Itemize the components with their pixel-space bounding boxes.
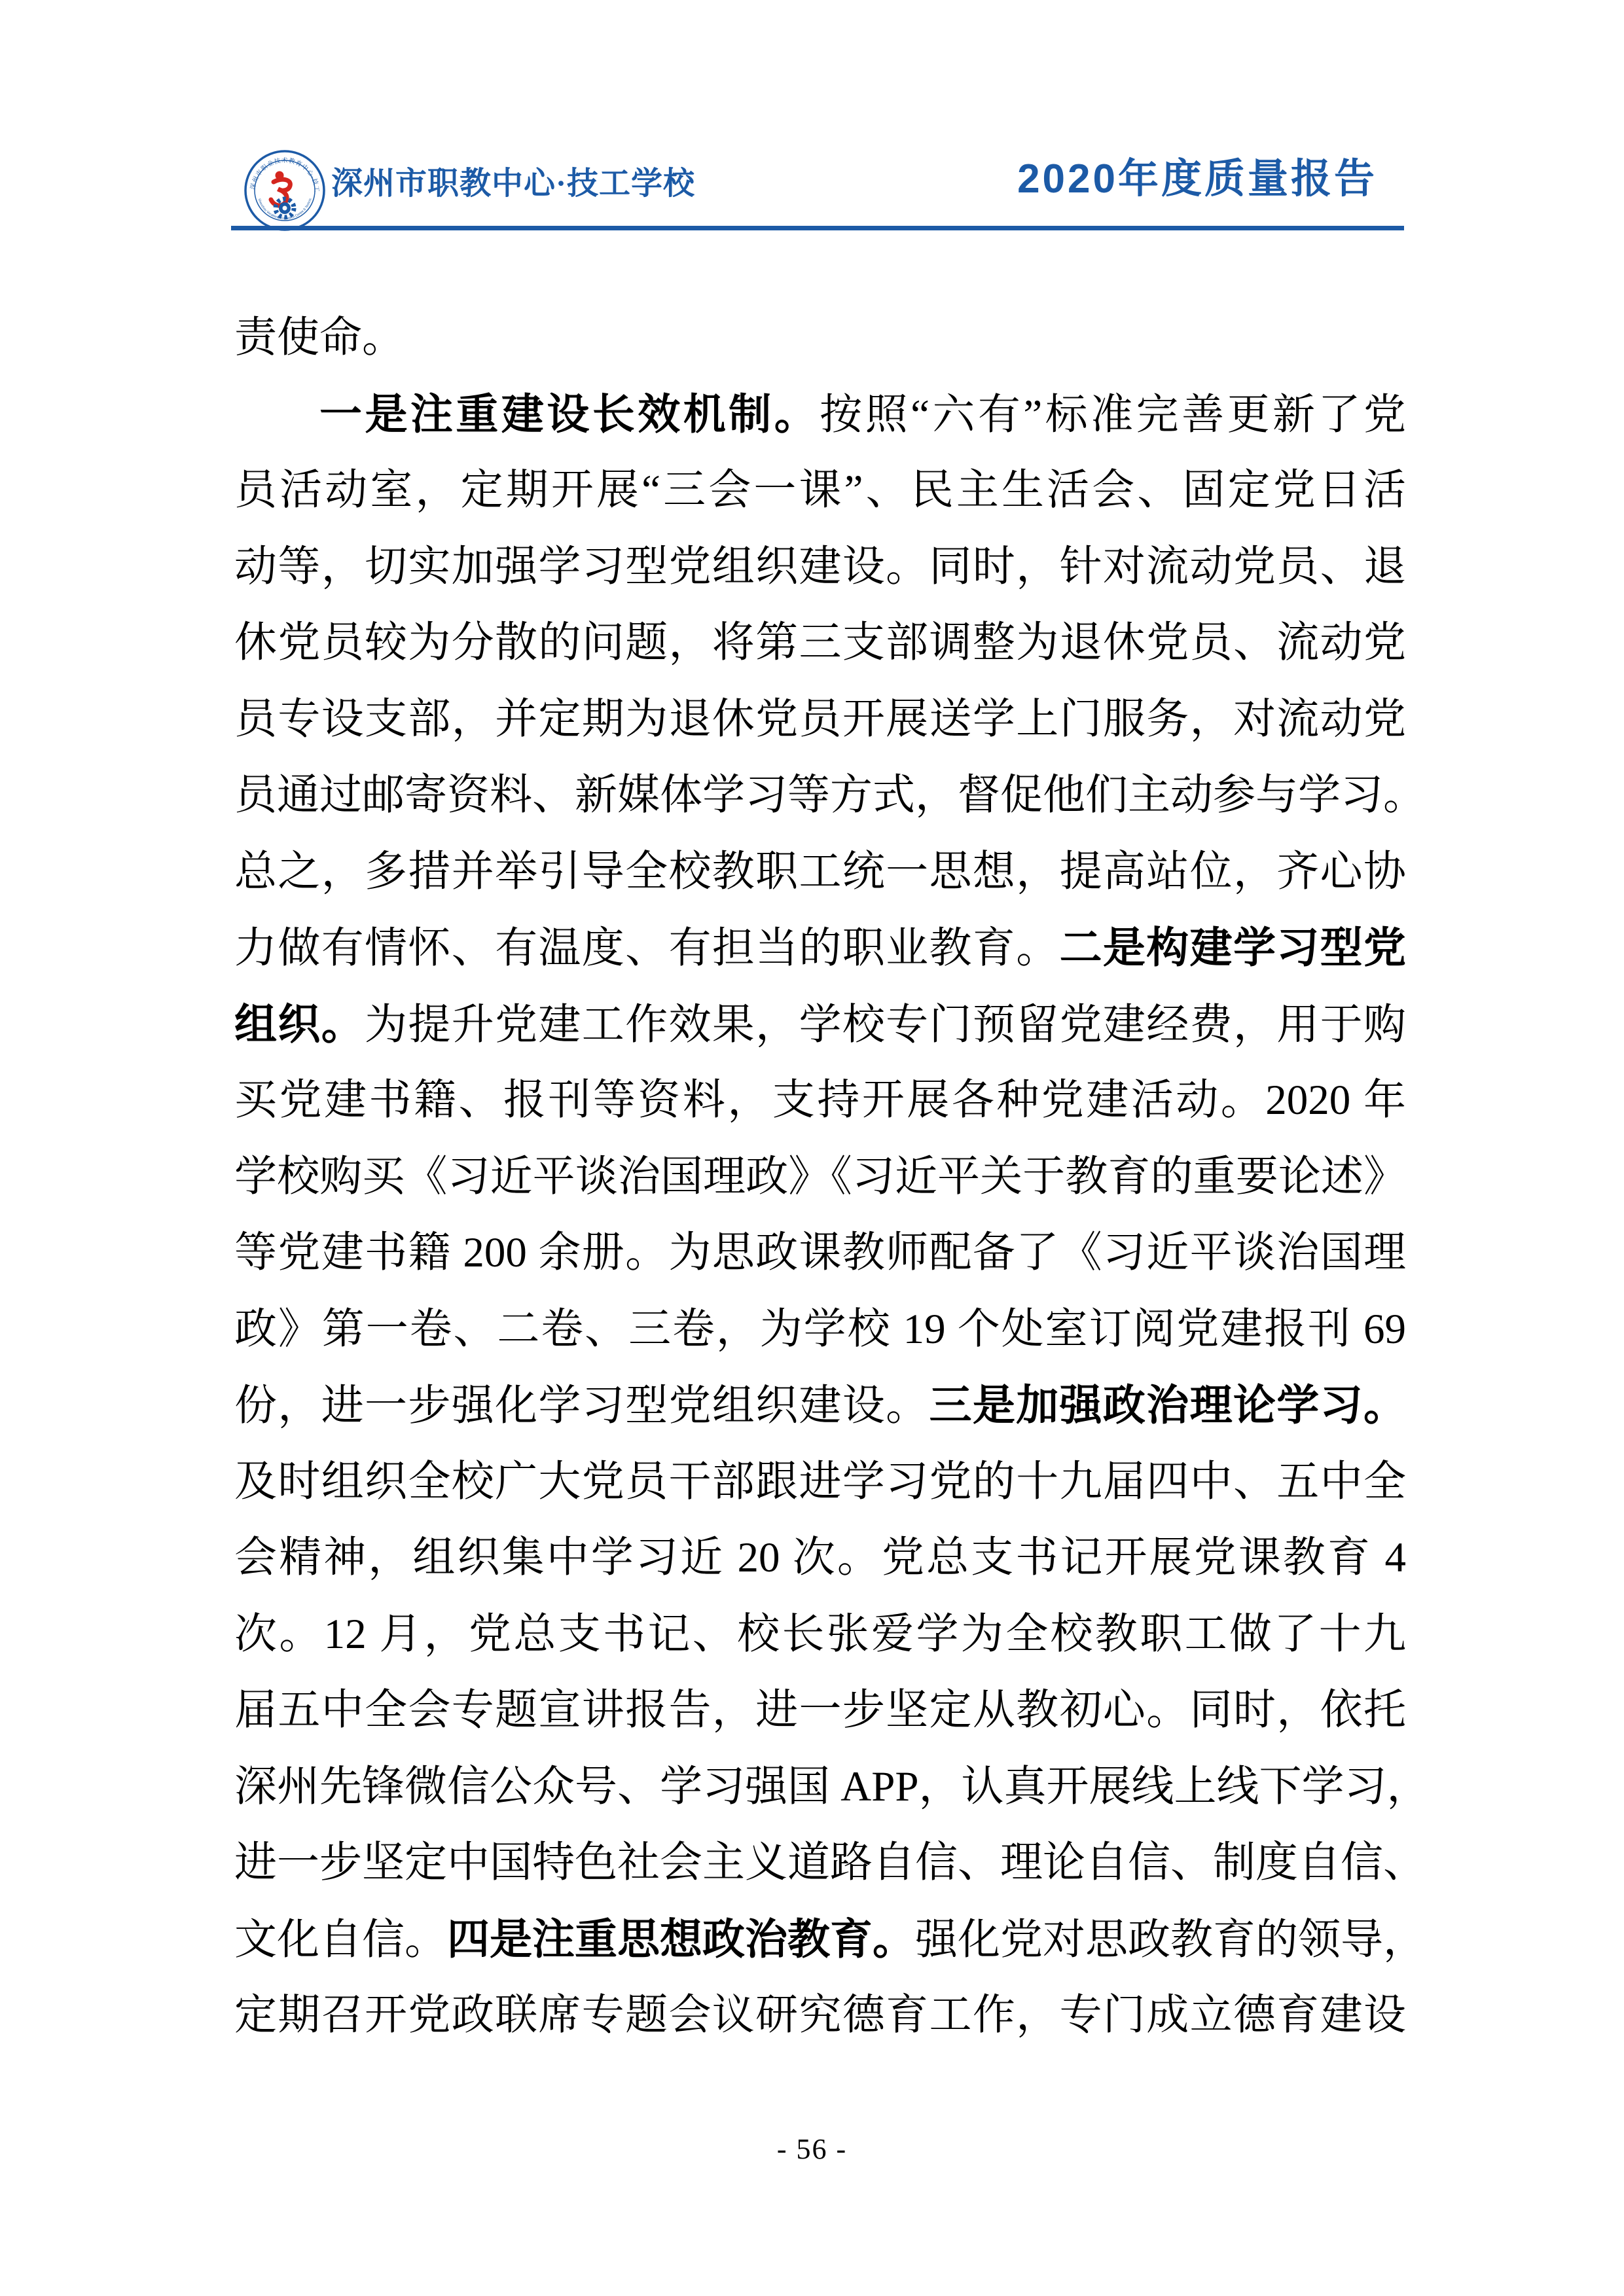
text-line: 定期召开党政联席专题会议研究德育工作，专门成立德育建设: [234, 1977, 1406, 2054]
header-rule: [231, 226, 1404, 230]
text-line: 届五中全会专题宣讲报告，进一步坚定从教初心。同时，依托: [234, 1672, 1406, 1749]
emphasis-text: 四是注重思想政治教育。: [447, 1915, 915, 1963]
text-line: 进一步坚定中国特色社会主义道路自信、理论自信、制度自信、: [234, 1825, 1406, 1901]
text-line: 力做有情怀、有温度、有担当的职业教育。二是构建学习型党: [234, 910, 1406, 986]
body-segment: 及时组织全校广大党员干部跟进学习党的十九届四中、五中全: [234, 1458, 1406, 1505]
document-page: 深州市职业技术教育中心·技工学校 Shenzhou Vocational Edu…: [0, 0, 1624, 2296]
body-segment: 会精神，组织集中学习近 20 次。党总支书记开展党课教育 4: [234, 1534, 1406, 1581]
body-segment: 总之，多措并举引导全校教职工统一思想，提高站位，齐心协: [234, 848, 1406, 895]
body-segment: 次。12 月，党总支书记、校长张爱学为全校教职工做了十九: [234, 1611, 1406, 1658]
emphasis-text: 三是加强政治理论学习。: [929, 1381, 1406, 1429]
emphasis-text: 组织。: [234, 1000, 365, 1048]
text-line: 及时组织全校广大党员干部跟进学习党的十九届四中、五中全: [234, 1444, 1406, 1520]
text-line: 等党建书籍 200 余册。为思政课教师配备了《习近平谈治国理: [234, 1215, 1406, 1291]
text-line: 总之，多措并举引导全校教职工统一思想，提高站位，齐心协: [234, 834, 1406, 910]
text-line: 政》第一卷、二卷、三卷，为学校 19 个处室订阅党建报刊 69: [234, 1291, 1406, 1368]
body-segment: 进一步坚定中国特色社会主义道路自信、理论自信、制度自信、: [234, 1839, 1426, 1886]
emphasis-text: 一是注重建设长效机制。: [319, 390, 820, 438]
text-line: 深州先锋微信公众号、学习强国 APP，认真开展线上线下学习，: [234, 1749, 1406, 1825]
body-segment: 责使命。: [234, 314, 405, 361]
text-line: 会精神，组织集中学习近 20 次。党总支书记开展党课教育 4: [234, 1520, 1406, 1596]
page-number: - 56 -: [0, 2132, 1624, 2166]
body-segment: 休党员较为分散的问题，将第三支部调整为退休党员、流动党: [234, 619, 1406, 666]
body-segment: 文化自信。: [234, 1916, 447, 1964]
body-text: 责使命。一是注重建设长效机制。按照“六有”标准完善更新了党员活动室，定期开展“三…: [234, 300, 1406, 2054]
text-line: 份，进一步强化学习型党组织建设。三是加强政治理论学习。: [234, 1367, 1406, 1444]
body-segment: 员专设支部，并定期为退休党员开展送学上门服务，对流动党: [234, 696, 1406, 743]
body-segment: 届五中全会专题宣讲报告，进一步坚定从教初心。同时，依托: [234, 1687, 1406, 1734]
text-line: 动等，切实加强学习型党组织建设。同时，针对流动党员、退: [234, 529, 1406, 605]
body-segment: 动等，切实加强学习型党组织建设。同时，针对流动党员、退: [234, 543, 1406, 590]
text-line: 一是注重建设长效机制。按照“六有”标准完善更新了党: [234, 376, 1406, 453]
body-segment: 买党建书籍、报刊等资料，支持开展各种党建活动。2020 年: [234, 1077, 1406, 1124]
body-segment: 政》第一卷、二卷、三卷，为学校 19 个处室订阅党建报刊 69: [234, 1306, 1406, 1353]
text-line: 买党建书籍、报刊等资料，支持开展各种党建活动。2020 年: [234, 1062, 1406, 1139]
school-logo-icon: 深州市职业技术教育中心·技工学校 Shenzhou Vocational Edu…: [244, 149, 326, 232]
body-segment: 按照“六有”标准完善更新了党: [820, 391, 1406, 439]
body-segment: 定期召开党政联席专题会议研究德育工作，专门成立德育建设: [234, 1992, 1406, 2039]
emphasis-text: 二是构建学习型党: [1060, 924, 1406, 971]
body-segment: 员通过邮寄资料、新媒体学习等方式，督促他们主动参与学习。: [234, 772, 1426, 819]
report-title: 2020年度质量报告: [1017, 157, 1377, 202]
text-line: 员专设支部，并定期为退休党员开展送学上门服务，对流动党: [234, 681, 1406, 758]
body-segment: 强化党对思政教育的领导，: [915, 1916, 1426, 1964]
text-line: 员通过邮寄资料、新媒体学习等方式，督促他们主动参与学习。: [234, 757, 1406, 834]
body-segment: 份，进一步强化学习型党组织建设。: [234, 1382, 929, 1429]
text-line: 文化自信。四是注重思想政治教育。强化党对思政教育的领导，: [234, 1901, 1406, 1978]
text-line: 组织。为提升党建工作效果，学校专门预留党建经费，用于购: [234, 986, 1406, 1063]
text-line: 学校购买《习近平谈治国理政》《习近平关于教育的重要论述》: [234, 1139, 1406, 1215]
body-segment: 深州先锋微信公众号、学习强国 APP，认真开展线上线下学习，: [234, 1763, 1430, 1810]
body-segment: 等党建书籍 200 余册。为思政课教师配备了《习近平谈治国理: [234, 1229, 1406, 1276]
text-line: 员活动室，定期开展“三会一课”、民主生活会、固定党日活: [234, 452, 1406, 529]
body-segment: 为提升党建工作效果，学校专门预留党建经费，用于购: [365, 1001, 1406, 1049]
text-line: 次。12 月，党总支书记、校长张爱学为全校教职工做了十九: [234, 1596, 1406, 1673]
body-segment: 员活动室，定期开展“三会一课”、民主生活会、固定党日活: [234, 467, 1406, 514]
school-name: 深州市职教中心·技工学校: [331, 165, 695, 203]
body-segment: 学校购买《习近平谈治国理政》《习近平关于教育的重要论述》: [234, 1153, 1406, 1200]
text-line: 责使命。: [234, 300, 1406, 376]
body-segment: 力做有情怀、有温度、有担当的职业教育。: [234, 925, 1060, 972]
text-line: 休党员较为分散的问题，将第三支部调整为退休党员、流动党: [234, 605, 1406, 681]
